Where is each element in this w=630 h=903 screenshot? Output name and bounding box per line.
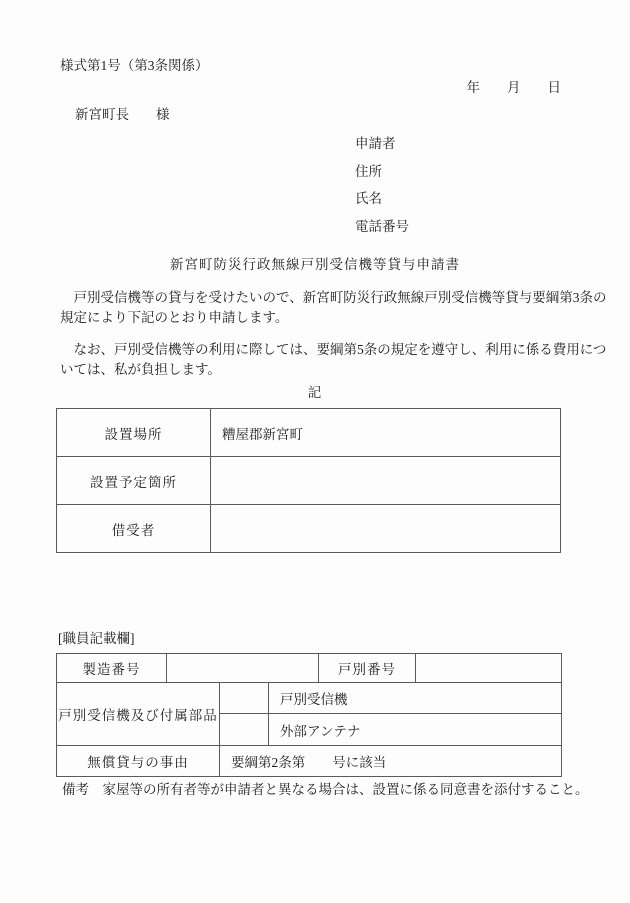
- receiver-qty-cell: [220, 683, 269, 714]
- serial-number-label: 製造番号: [57, 654, 167, 683]
- form-number: 様式第1号（第3条関係）: [60, 57, 209, 75]
- table-row: 無償貸与の事由 要綱第2条第 号に該当: [57, 746, 562, 777]
- table-row: 製造番号 戸別番号: [57, 654, 562, 683]
- table-row: 戸別受信機及び付属部品 戸別受信機: [57, 683, 562, 714]
- equipment-label: 戸別受信機及び付属部品: [57, 683, 220, 746]
- applicant-name-label: 氏名: [355, 190, 382, 208]
- borrower-value: [211, 505, 561, 553]
- antenna-qty-cell: [220, 714, 269, 746]
- free-lending-reason-value: 要綱第2条第 号に該当: [220, 746, 562, 777]
- equipment-item-antenna: 外部アンテナ: [269, 714, 562, 746]
- date-line: 年 月 日: [467, 79, 562, 97]
- table-row: 設置予定箇所: [57, 457, 561, 505]
- body-paragraph-1-line-2: 規定により下記のとおり申請します。: [60, 309, 288, 327]
- install-location-value: 糟屋郡新宮町: [211, 409, 561, 457]
- addressee-line: 新宮町長 様: [75, 106, 170, 124]
- remarks-note: 備考 家屋等の所有者等が申請者と異なる場合は、設置に係る同意書を添付すること。: [62, 781, 589, 799]
- install-location-label: 設置場所: [57, 409, 211, 457]
- planned-location-label: 設置予定箇所: [57, 457, 211, 505]
- applicant-phone-label: 電話番号: [355, 218, 409, 236]
- applicant-label: 申請者: [355, 135, 396, 153]
- body-paragraph-1-line-1: 戸別受信機等の貸与を受けたいので、新宮町防災行政無線戸別受信機等貸与要綱第3条の: [60, 289, 606, 307]
- body-paragraph-2-line-1: なお、戸別受信機等の利用に際しては、要綱第5条の規定を遵守し、利用に係る費用につ: [60, 341, 606, 359]
- staff-table: 製造番号 戸別番号 戸別受信機及び付属部品 戸別受信機 外部アンテナ 無償貸与の…: [56, 653, 562, 777]
- body-paragraph-2-line-2: いては、私が負担します。: [60, 361, 221, 379]
- document-page: 様式第1号（第3条関係） 年 月 日 新宮町長 様 申請者 住所 氏名 電話番号…: [0, 0, 630, 903]
- equipment-item-receiver: 戸別受信機: [269, 683, 562, 714]
- applicant-address-label: 住所: [355, 163, 382, 181]
- installation-table: 設置場所 糟屋郡新宮町 設置予定箇所 借受者: [56, 408, 561, 553]
- serial-number-value: [167, 654, 319, 683]
- ki-marker: 記: [0, 384, 630, 402]
- borrower-label: 借受者: [57, 505, 211, 553]
- table-row: 設置場所 糟屋郡新宮町: [57, 409, 561, 457]
- table-row: 借受者: [57, 505, 561, 553]
- free-lending-reason-label: 無償貸与の事由: [57, 746, 220, 777]
- staff-section-heading: [職員記載欄]: [58, 630, 135, 648]
- document-title: 新宮町防災行政無線戸別受信機等貸与申請書: [0, 256, 630, 274]
- planned-location-value: [211, 457, 561, 505]
- receiver-number-value: [416, 654, 562, 683]
- receiver-number-label: 戸別番号: [319, 654, 416, 683]
